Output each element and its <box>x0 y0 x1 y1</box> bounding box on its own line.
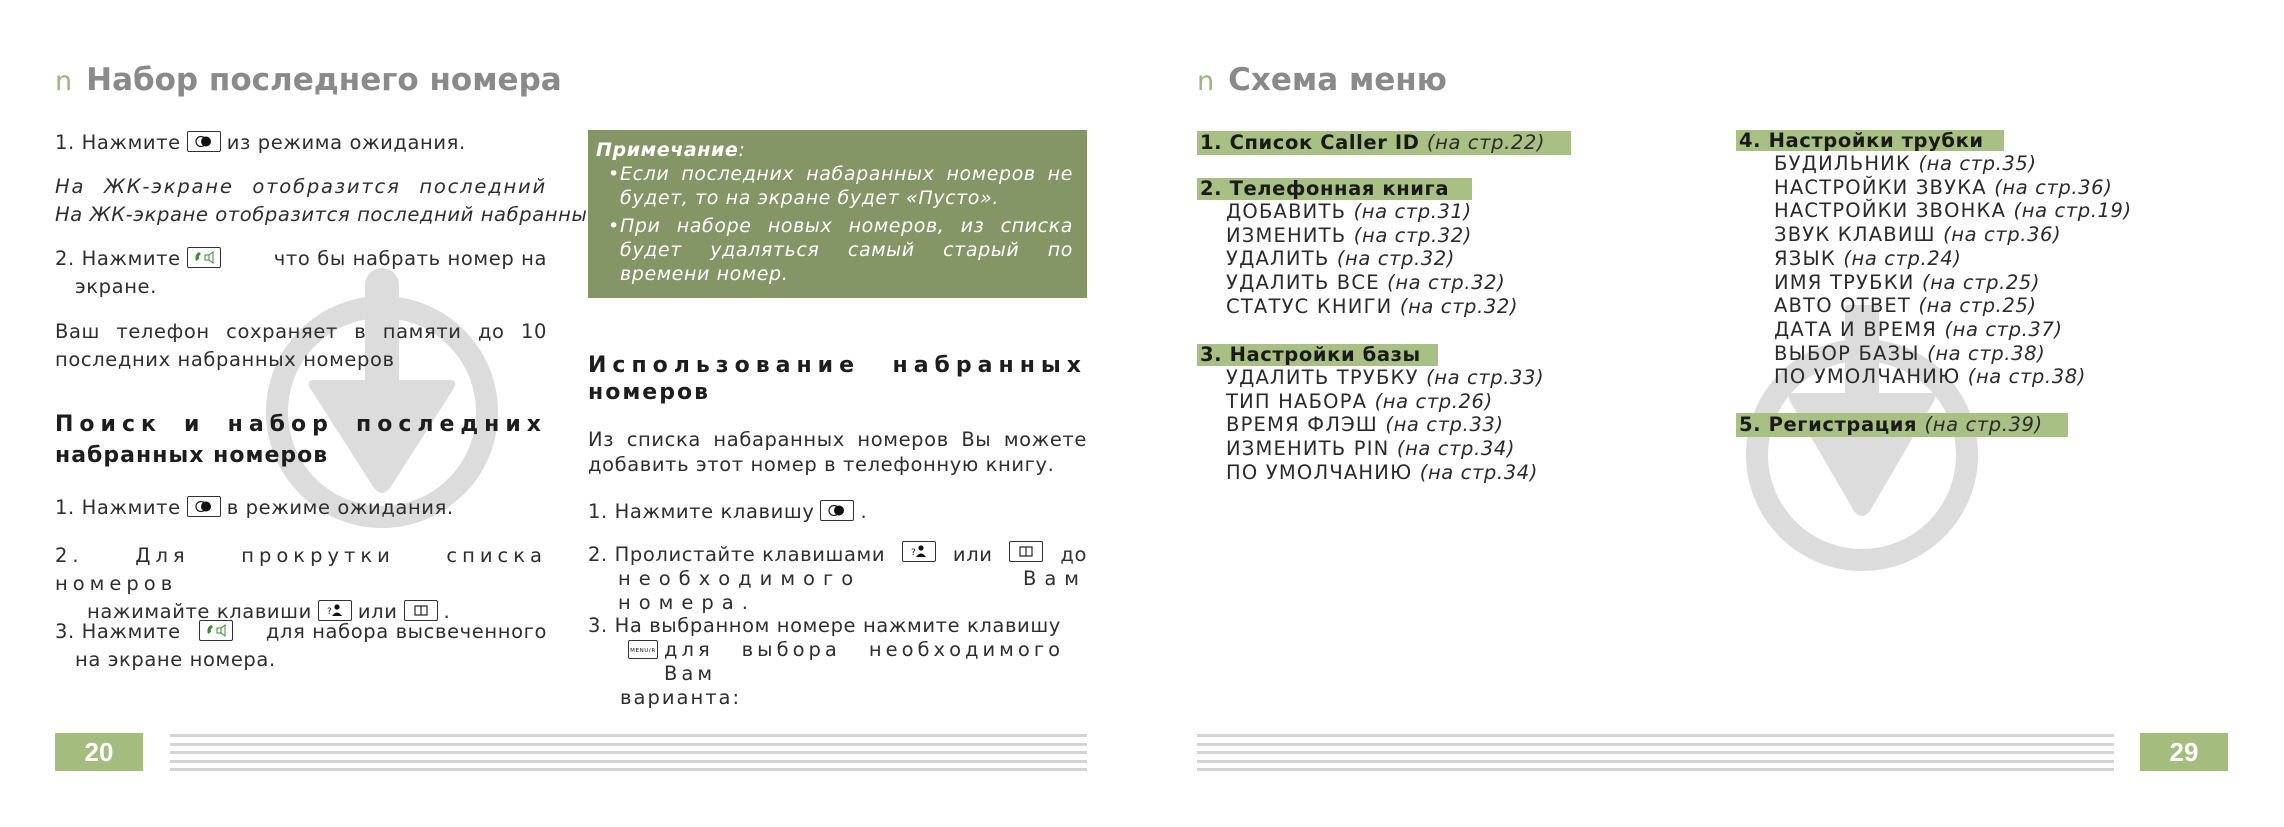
page-number: 29 <box>2140 733 2228 771</box>
menu-item: УДАЛИТЬ ВСЕ (на стр.32) <box>1226 271 1518 295</box>
talk-ok-key-icon <box>187 496 221 517</box>
step-dial-number: 2. Нажмитечто бы набрать номер на экране… <box>55 245 547 301</box>
menu-item: ИЗМЕНИТЬ (на стр.32) <box>1226 224 1518 248</box>
menu-item: ДАТА И ВРЕМЯ (на стр.37) <box>1774 318 2132 342</box>
search-step-1: 1. Нажмитев режиме ожидания. <box>55 494 454 522</box>
menu-section-registration: 5. Регистрация (на стр.39) <box>1736 413 2068 437</box>
use-step-2: 2. Пролистайте клавишами?илидо необходим… <box>588 543 1087 615</box>
menu-list-phonebook: ДОБАВИТЬ (на стр.31) ИЗМЕНИТЬ (на стр.32… <box>1226 200 1518 319</box>
note-bullet: •При наборе новых номеров, из списка буд… <box>596 214 1073 286</box>
menu-item: ТИП НАБОРА (на стр.26) <box>1226 390 1544 414</box>
svg-text:MENU/R: MENU/R <box>630 648 656 654</box>
call-speaker-key-icon <box>199 620 233 641</box>
talk-ok-key-icon <box>820 500 854 521</box>
title-bullet: n <box>1197 66 1214 97</box>
search-step-3: 3. Нажмитедля набора высвеченного на экр… <box>55 618 547 674</box>
footer-rules <box>170 734 1087 777</box>
menu-section-caller-id: 1. Список Caller ID (на стр.22) <box>1197 131 1571 155</box>
page-title: nНабор последнего номера <box>55 62 562 98</box>
menu-item: НАСТРОЙКИ ЗВОНКА (на стр.19) <box>1774 199 2132 223</box>
menu-item: БУДИЛЬНИК (на стр.35) <box>1774 152 2132 176</box>
menu-key-icon: MENU/R <box>628 640 658 659</box>
page-number: 20 <box>55 733 143 771</box>
menu-item: УДАЛИТЬ ТРУБКУ (на стр.33) <box>1226 366 1544 390</box>
title-text: Набор последнего номера <box>86 62 562 98</box>
phonebook-key-icon <box>1009 541 1043 562</box>
menu-item: ЯЗЫК (на стр.24) <box>1774 247 2132 271</box>
section-heading-search: Поиск и набор последних набранных номеро… <box>55 409 547 471</box>
memory-note: Ваш телефон сохраняет в памяти до 10 пос… <box>55 318 547 374</box>
menu-list-base-settings: УДАЛИТЬ ТРУБКУ (на стр.33) ТИП НАБОРА (н… <box>1226 366 1544 485</box>
talk-ok-key-icon <box>187 131 221 152</box>
menu-item: ПО УМОЛЧАНИЮ (на стр.38) <box>1774 365 2132 389</box>
page-title: nСхема меню <box>1197 62 1447 98</box>
watermark-download-icon <box>262 262 502 532</box>
svg-text:?: ? <box>327 607 332 617</box>
use-step-3: 3. На выбранном номере нажмите клавишу M… <box>588 614 1087 710</box>
menu-item: АВТО ОТВЕТ (на стр.25) <box>1774 294 2132 318</box>
menu-item: ИЗМЕНИТЬ PIN (на стр.34) <box>1226 437 1544 461</box>
menu-item: ВРЕМЯ ФЛЭШ (на стр.33) <box>1226 413 1544 437</box>
svg-text:?: ? <box>911 548 916 558</box>
title-text: Схема меню <box>1228 62 1447 98</box>
menu-item: ВЫБОР БАЗЫ (на стр.38) <box>1774 342 2132 366</box>
menu-section-phonebook: 2. Телефонная книга <box>1197 178 1472 200</box>
menu-section-base-settings: 3. Настройки базы <box>1197 344 1438 366</box>
note-box: Примечание: •Если последних набаранных н… <box>588 130 1087 298</box>
display-note: На ЖК-экране отобразится последний <box>55 173 547 201</box>
step-press-standby: 1. Нажмитеиз режима ожидания. <box>55 129 466 157</box>
caller-id-key-icon: ? <box>902 541 936 562</box>
menu-item: НАСТРОЙКИ ЗВУКА (на стр.36) <box>1774 176 2132 200</box>
call-speaker-key-icon <box>187 247 221 268</box>
menu-item: ЗВУК КЛАВИШ (на стр.36) <box>1774 223 2132 247</box>
footer-rules <box>1197 734 2114 777</box>
menu-section-handset-settings: 4. Настройки трубки <box>1736 130 2004 151</box>
menu-item: СТАТУС КНИГИ (на стр.32) <box>1226 295 1518 319</box>
note-title: Примечание <box>596 139 738 161</box>
menu-item: УДАЛИТЬ (на стр.32) <box>1226 247 1518 271</box>
use-intro: Из списка набаранных номеров Вы можете д… <box>588 427 1087 477</box>
menu-item: ИМЯ ТРУБКИ (на стр.25) <box>1774 271 2132 295</box>
menu-item: ПО УМОЛЧАНИЮ (на стр.34) <box>1226 461 1544 485</box>
note-bullet: •Если последних набаранных номеров не бу… <box>596 162 1073 210</box>
section-heading-use: Использование набранных номеров <box>588 350 1087 408</box>
search-step-2: 2. Для прокрутки списка номеров нажимайт… <box>55 542 547 626</box>
menu-list-handset-settings: БУДИЛЬНИК (на стр.35) НАСТРОЙКИ ЗВУКА (н… <box>1774 152 2132 389</box>
menu-item: ДОБАВИТЬ (на стр.31) <box>1226 200 1518 224</box>
title-bullet: n <box>55 66 72 97</box>
use-step-1: 1. Нажмите клавишу. <box>588 498 867 526</box>
